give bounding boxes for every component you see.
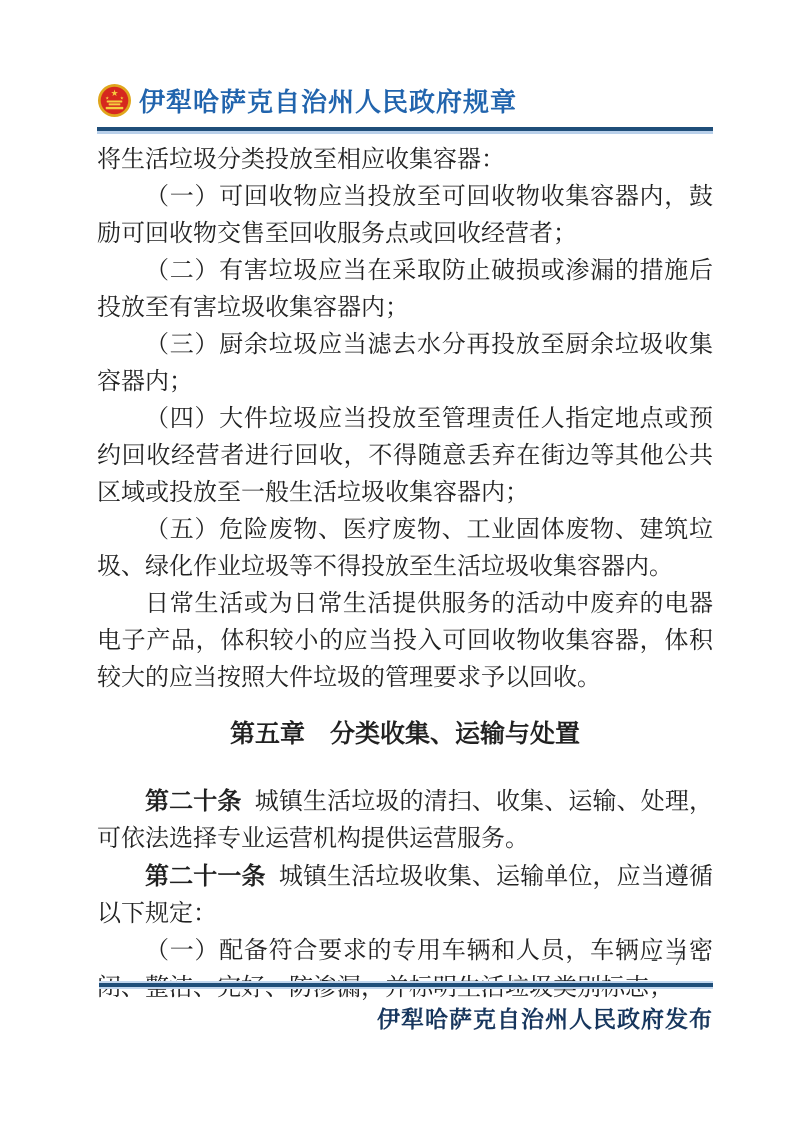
body-paragraph: （一）配备符合要求的专用车辆和人员，车辆应当密闭、整洁、完好、防渗漏，并标明生活… [97, 933, 713, 1007]
article-number: 第二十一条 [145, 863, 266, 890]
body-paragraph: （二）有害垃圾应当在采取防止破损或渗漏的措施后投放至有害垃圾收集容器内； [97, 253, 713, 327]
document-body: 将生活垃圾分类投放至相应收集容器：（一）可回收物应当投放至可回收物收集容器内，鼓… [97, 142, 713, 1007]
china-national-emblem-icon: ★ ★ ★ [97, 83, 132, 118]
body-paragraph: （三）厨余垃圾应当滤去水分再投放至厨余垃圾收集容器内； [97, 327, 713, 401]
body-paragraph: （五）危险废物、医疗废物、工业固体废物、建筑垃圾、绿化作业垃圾等不得投放至生活垃… [97, 512, 713, 586]
chapter-heading: 第五章 分类收集、运输与处置 [97, 716, 713, 753]
article-paragraph: 第二十条城镇生活垃圾的清扫、收集、运输、处理，可依法选择专业运营机构提供运营服务… [97, 783, 713, 858]
publisher-line: 伊犁哈萨克自治州人民政府发布 [377, 1001, 713, 1034]
page-number: - 7 - [651, 946, 711, 971]
body-paragraph: （一）可回收物应当投放至可回收物收集容器内，鼓励可回收物交售至回收服务点或回收经… [97, 179, 713, 253]
footer-divider-rule [99, 983, 713, 987]
article-number: 第二十条 [145, 788, 242, 815]
body-paragraph: 日常生活或为日常生活提供服务的活动中废弃的电器电子产品，体积较小的应当投入可回收… [97, 586, 713, 697]
document-type-title: 伊犁哈萨克自治州人民政府规章 [139, 82, 517, 119]
article-paragraph: 第二十一条城镇生活垃圾收集、运输单位，应当遵循以下规定： [97, 858, 713, 933]
document-header: ★ ★ ★ 伊犁哈萨克自治州人民政府规章 [97, 82, 713, 131]
document-page: ★ ★ ★ 伊犁哈萨克自治州人民政府规章 将生活垃圾分类投放至相应收集容器：（一… [0, 0, 793, 1122]
body-paragraph: （四）大件垃圾应当投放至管理责任人指定地点或预约回收经营者进行回收，不得随意丢弃… [97, 401, 713, 512]
svg-text:★: ★ [111, 89, 119, 99]
body-paragraph: 将生活垃圾分类投放至相应收集容器： [97, 142, 713, 179]
header-divider-rule [97, 127, 713, 131]
